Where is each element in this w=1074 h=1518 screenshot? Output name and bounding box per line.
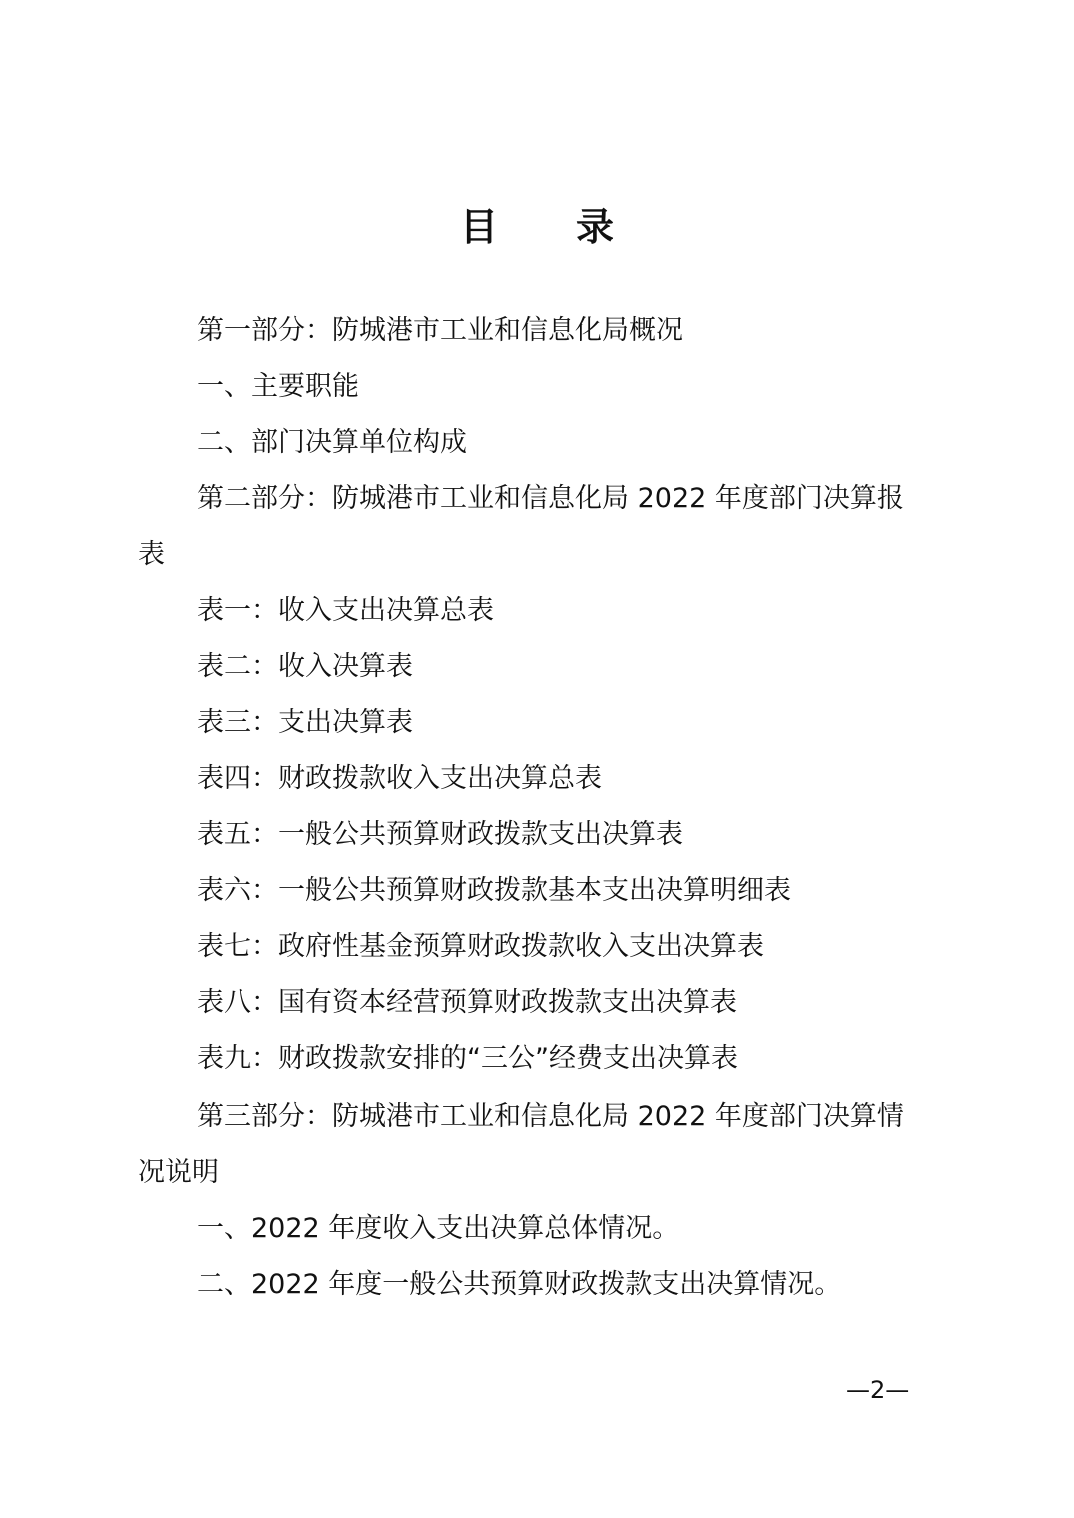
toc-table-6: 表六：一般公共预算财政拨款基本支出决算明细表 xyxy=(197,871,791,911)
toc-part-1: 第一部分：防城港市工业和信息化局概况 xyxy=(197,311,683,351)
toc-table-9: 表九：财政拨款安排的“三公”经费支出决算表 xyxy=(197,1039,738,1079)
toc-table-2: 表二：收入决算表 xyxy=(197,647,413,687)
toc-part-2: 第二部分：防城港市工业和信息化局 2022 年度部门决算报 xyxy=(197,479,904,519)
title-char-2: 录 xyxy=(576,196,614,251)
toc-item: 二、部门决算单位构成 xyxy=(197,423,467,463)
toc-part-3-continuation: 况说明 xyxy=(138,1153,219,1193)
title-char-1: 目 xyxy=(460,196,498,251)
toc-part-3: 第三部分：防城港市工业和信息化局 2022 年度部门决算情 xyxy=(197,1097,904,1137)
toc-table-7: 表七：政府性基金预算财政拨款收入支出决算表 xyxy=(197,927,764,967)
toc-table-4: 表四：财政拨款收入支出决算总表 xyxy=(197,759,602,799)
toc-table-8: 表八：国有资本经营预算财政拨款支出决算表 xyxy=(197,983,737,1023)
toc-item: 一、2022 年度收入支出决算总体情况。 xyxy=(197,1209,679,1249)
toc-item: 二、2022 年度一般公共预算财政拨款支出决算情况。 xyxy=(197,1265,841,1305)
toc-table-3: 表三：支出决算表 xyxy=(197,703,413,743)
toc-table-1: 表一：收入支出决算总表 xyxy=(197,591,494,631)
toc-part-2-continuation: 表 xyxy=(138,535,165,575)
toc-item: 一、主要职能 xyxy=(197,367,359,407)
toc-table-5: 表五：一般公共预算财政拨款支出决算表 xyxy=(197,815,683,855)
page-number: —2— xyxy=(846,1376,909,1404)
page-title: 目录 xyxy=(0,196,1074,251)
